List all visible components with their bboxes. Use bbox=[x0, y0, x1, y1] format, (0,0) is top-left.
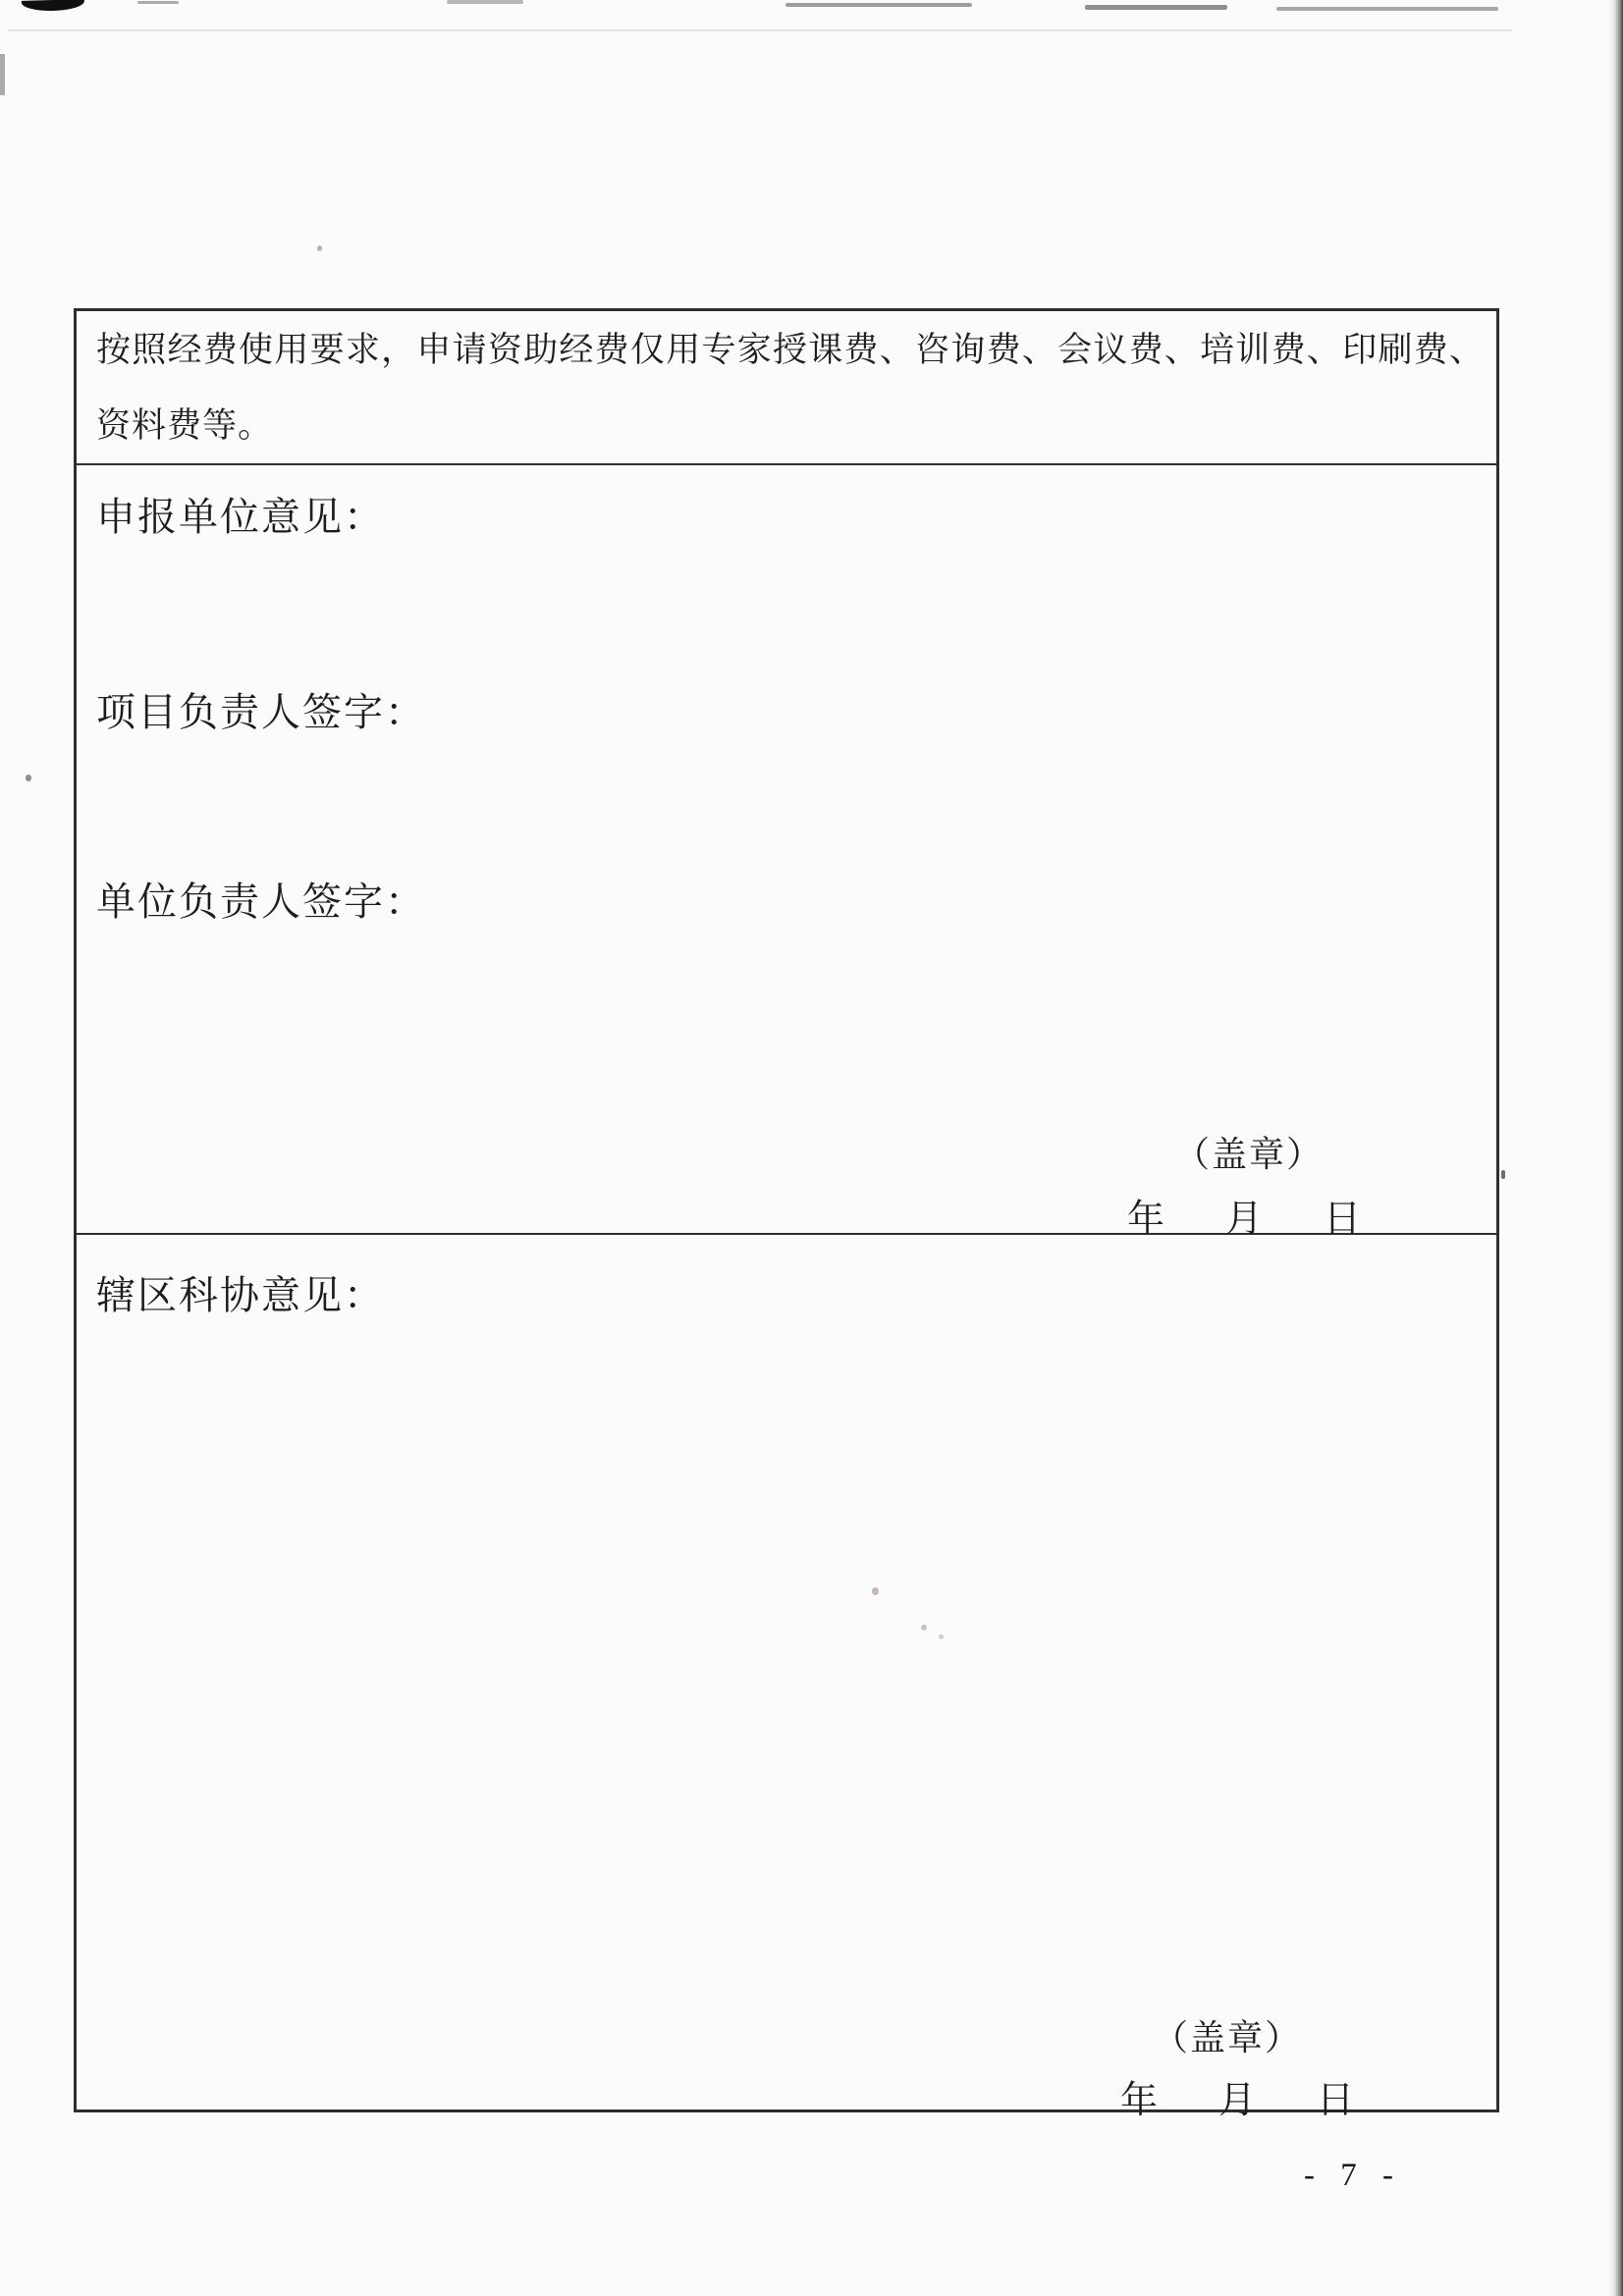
district-association-stamp-placeholder: （盖章） bbox=[1153, 2010, 1302, 2060]
day-label: 日 bbox=[1317, 2069, 1354, 2123]
scan-artifact-speck bbox=[26, 774, 31, 781]
scan-artifact-top-blob bbox=[22, 0, 84, 12]
scan-artifact-speck bbox=[1501, 1170, 1505, 1179]
project-leader-signature-label: 项目负责人签字： bbox=[96, 681, 426, 737]
funding-usage-notice-text: 按照经费使用要求，申请资助经费仅用专家授课费、咨询费、会议费、培训费、印刷费、资… bbox=[77, 311, 1496, 463]
applicant-unit-stamp-placeholder: （盖章） bbox=[1174, 1127, 1324, 1177]
scan-artifact-top-streak bbox=[1276, 7, 1498, 11]
applicant-unit-opinion-label: 申报单位意见： bbox=[96, 486, 385, 542]
scan-artifact-top-streak bbox=[447, 0, 523, 4]
scan-artifact-top-streak bbox=[137, 1, 179, 4]
year-label: 年 bbox=[1120, 2069, 1158, 2123]
district-association-opinion-cell: 辖区科协意见： （盖章） 年 月 日 bbox=[77, 1235, 1496, 2109]
approval-form-table: 按照经费使用要求，申请资助经费仅用专家授课费、咨询费、会议费、培训费、印刷费、资… bbox=[74, 308, 1499, 2112]
applicant-unit-date-line: 年 月 日 bbox=[1127, 1188, 1361, 1242]
scan-artifact-left-edge bbox=[0, 54, 5, 95]
page-number: - 7 - bbox=[1304, 2158, 1396, 2194]
funding-usage-notice-cell: 按照经费使用要求，申请资助经费仅用专家授课费、咨询费、会议费、培训费、印刷费、资… bbox=[77, 311, 1496, 465]
scan-artifact-faint-line bbox=[8, 29, 1512, 31]
scan-artifact-right-edge bbox=[1608, 0, 1623, 2296]
year-label: 年 bbox=[1127, 1188, 1164, 1242]
day-label: 日 bbox=[1324, 1188, 1361, 1242]
district-association-date-line: 年 月 日 bbox=[1120, 2069, 1354, 2123]
month-label: 月 bbox=[1225, 1188, 1263, 1242]
scan-artifact-top-streak bbox=[1085, 5, 1227, 10]
month-label: 月 bbox=[1218, 2069, 1256, 2123]
scanned-form-page: 按照经费使用要求，申请资助经费仅用专家授课费、咨询费、会议费、培训费、印刷费、资… bbox=[0, 0, 1623, 2296]
district-association-opinion-label: 辖区科协意见： bbox=[96, 1264, 385, 1320]
scan-artifact-speck bbox=[317, 245, 322, 251]
unit-leader-signature-label: 单位负责人签字： bbox=[96, 871, 426, 927]
applicant-unit-opinion-cell: 申报单位意见： 项目负责人签字： 单位负责人签字： （盖章） 年 月 日 bbox=[77, 465, 1496, 1235]
scan-artifact-top-streak bbox=[785, 3, 972, 7]
